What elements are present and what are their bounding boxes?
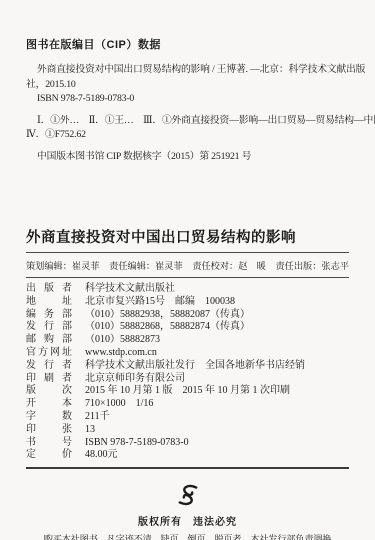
colophon-label: 定价	[26, 449, 72, 462]
colophon-row-mail-order-dept: 邮购部 （010）58882873	[26, 334, 349, 347]
colophon-label: 印张	[26, 424, 72, 437]
colophon-value: 科学技术文献出版社	[72, 283, 349, 296]
colophon-label: 字数	[26, 411, 72, 424]
copyright-notice: 版权所有 违法必究	[26, 513, 349, 528]
colophon-value: 48.00元	[72, 449, 349, 462]
colophon-label: 地址	[26, 296, 72, 309]
colophon-label: 开本	[26, 398, 72, 411]
colophon-label: 发行部	[26, 321, 72, 334]
divider-staff	[26, 277, 349, 278]
colophon-row-address: 地址 北京市复兴路15号 邮编 100038	[26, 296, 349, 309]
book-title: 外商直接投资对中国出口贸易结构的影响	[26, 226, 349, 247]
colophon-value: （010）58882938，58882087（传真）	[72, 309, 349, 322]
colophon-value: 2015 年 10 月第 1 版 2015 年 10 月第 1 次印刷	[72, 385, 349, 398]
book-copyright-page: 图书在版编目（CIP）数据 外商直接投资对中国出口贸易结构的影响 / 王博著. …	[0, 0, 375, 540]
cip-block: 图书在版编目（CIP）数据 外商直接投资对中国出口贸易结构的影响 / 王博著. …	[26, 36, 349, 164]
colophon-label: 出版者	[26, 283, 72, 296]
publisher-swirl-logo-icon	[177, 483, 199, 507]
colophon-row-distribution-dept: 发行部 （010）58882868，58882874（传真）	[26, 321, 349, 334]
colophon-value: 13	[72, 424, 349, 437]
colophon-label: 编务部	[26, 309, 72, 322]
colophon-value: 科学技术文献出版社发行 全国各地新华书店经销	[72, 360, 349, 373]
colophon-value: 710×1000 1/16	[72, 398, 349, 411]
colophon-value: （010）58882873	[72, 334, 349, 347]
colophon-label: 版次	[26, 385, 72, 398]
cip-classification-line2: Ⅳ．①F752.62	[26, 128, 349, 143]
colophon-row-sheets: 印张 13	[26, 424, 349, 437]
staff-publishing-supervisor: 责任出版：张志平	[275, 258, 349, 272]
colophon-table: 出版者 科学技术文献出版社 地址 北京市复兴路15号 邮编 100038 编务部…	[26, 283, 349, 462]
colophon-row-website: 官方网址 www.stdp.com.cn	[26, 347, 349, 360]
colophon-row-word-count: 字数 211千	[26, 411, 349, 424]
staff-planning-editor: 策划编辑：崔灵菲	[26, 258, 100, 272]
colophon-label: 发行者	[26, 360, 72, 373]
colophon-label: 邮购部	[26, 334, 72, 347]
colophon-row-publisher: 出版者 科学技术文献出版社	[26, 283, 349, 296]
cip-entry-line1: 外商直接投资对中国出口贸易结构的影响 / 王博著. —北京：科学技术文献出版	[26, 63, 349, 78]
footer-block: 版权所有 违法必究 购买本社图书，凡字迹不清、缺页、倒页、脱页者，本社发行部负责…	[26, 483, 349, 540]
cip-classification-line1: Ⅰ．①外… Ⅱ．①王… Ⅲ．①外商直接投资—影响—出口贸易—贸易结构—中国	[26, 114, 349, 129]
cip-record-number: 中国版本图书馆 CIP 数据核字（2015）第 251921 号	[26, 150, 349, 165]
cip-isbn: ISBN 978-7-5189-0783-0	[26, 92, 349, 107]
exchange-policy-line: 购买本社图书，凡字迹不清、缺页、倒页、脱页者，本社发行部负责调换	[26, 531, 349, 540]
colophon-value: （010）58882868，58882874（传真）	[72, 321, 349, 334]
colophon-row-distributor: 发行者 科学技术文献出版社发行 全国各地新华书店经销	[26, 360, 349, 373]
colophon-label: 印刷者	[26, 373, 72, 386]
cip-entry-line2: 社，2015.10	[26, 78, 349, 93]
colophon-value: www.stdp.com.cn	[72, 347, 349, 360]
editorial-staff-row: 策划编辑：崔灵菲 责任编辑：崔灵菲 责任校对：赵 暖 责任出版：张志平	[26, 253, 349, 277]
colophon-label: 书号	[26, 437, 72, 450]
colophon-row-format: 开本 710×1000 1/16	[26, 398, 349, 411]
colophon-value: 211千	[72, 411, 349, 424]
divider-bottom	[26, 467, 349, 469]
colophon-row-price: 定价 48.00元	[26, 449, 349, 462]
colophon-label: 官方网址	[26, 347, 72, 360]
cip-heading: 图书在版编目（CIP）数据	[26, 36, 349, 52]
colophon-value: ISBN 978-7-5189-0783-0	[72, 437, 349, 450]
colophon-row-edition: 版次 2015 年 10 月第 1 版 2015 年 10 月第 1 次印刷	[26, 385, 349, 398]
colophon-value: 北京市复兴路15号 邮编 100038	[72, 296, 349, 309]
staff-proofreader: 责任校对：赵 暖	[192, 258, 266, 272]
colophon-value: 北京京师印务有限公司	[72, 373, 349, 386]
colophon-row-editorial-dept: 编务部 （010）58882938，58882087（传真）	[26, 309, 349, 322]
staff-responsible-editor: 责任编辑：崔灵菲	[109, 258, 183, 272]
colophon-row-isbn: 书号 ISBN 978-7-5189-0783-0	[26, 437, 349, 450]
colophon-row-printer: 印刷者 北京京师印务有限公司	[26, 373, 349, 386]
